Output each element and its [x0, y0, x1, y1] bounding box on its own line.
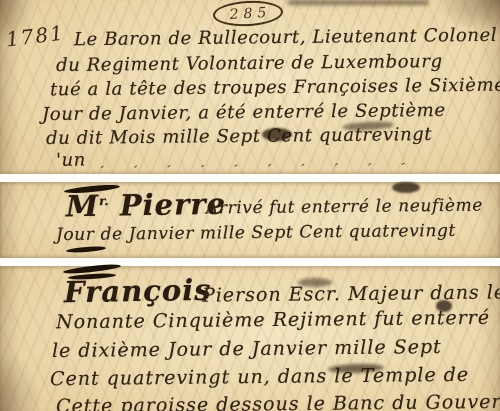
entry3-line2: Nonante Cinquième Rejiment fut enterré: [56, 307, 490, 334]
entry2-name: Mr. Pierre: [66, 187, 227, 224]
ink-blot-entry2: [392, 182, 420, 193]
entry2-line1-rest: Arrivé fut enterré le neufième: [206, 196, 483, 219]
entry1-line6-word: 'un: [56, 150, 86, 171]
ink-blot-mille: [262, 128, 292, 141]
entry2-line2: Jour de Janvier mille Sept Cent quatrevi…: [56, 221, 456, 245]
entry3-name: François: [64, 273, 212, 310]
entry1-line2: du Regiment Volontaire de Luxembourg: [56, 51, 443, 76]
manuscript-scan: 285 1781 Le Baron de Rullecourt, Lieuten…: [0, 0, 500, 411]
ditto-marks: ˏ ˏ ˏ ˏ ˏ ˏ ˏ ˏ ˏ ˏ: [100, 151, 406, 169]
entry3-line4: Cent quatrevingt un, dans le Temple de: [50, 364, 469, 390]
separator-band-1: [0, 174, 500, 182]
ink-smudge-majeur: [298, 278, 332, 287]
entry3-line1-rest: Pierson Escr. Majeur dans le: [202, 281, 500, 306]
page-number: 285: [224, 4, 272, 22]
entry2-name-initial: M: [66, 189, 100, 224]
entry1-line1: Le Baron de Rullecourt, Lieutenant Colon…: [74, 25, 497, 50]
separator-band-2: [0, 258, 500, 266]
ink-blot-enterre: [436, 300, 452, 312]
entry1-line6: 'unˏ ˏ ˏ ˏ ˏ ˏ ˏ ˏ ˏ ˏ: [56, 146, 406, 171]
entry2-name-superscript: r.: [99, 194, 109, 208]
entry3-line3: le dixième Jour de Janvier mille Sept: [52, 336, 442, 362]
